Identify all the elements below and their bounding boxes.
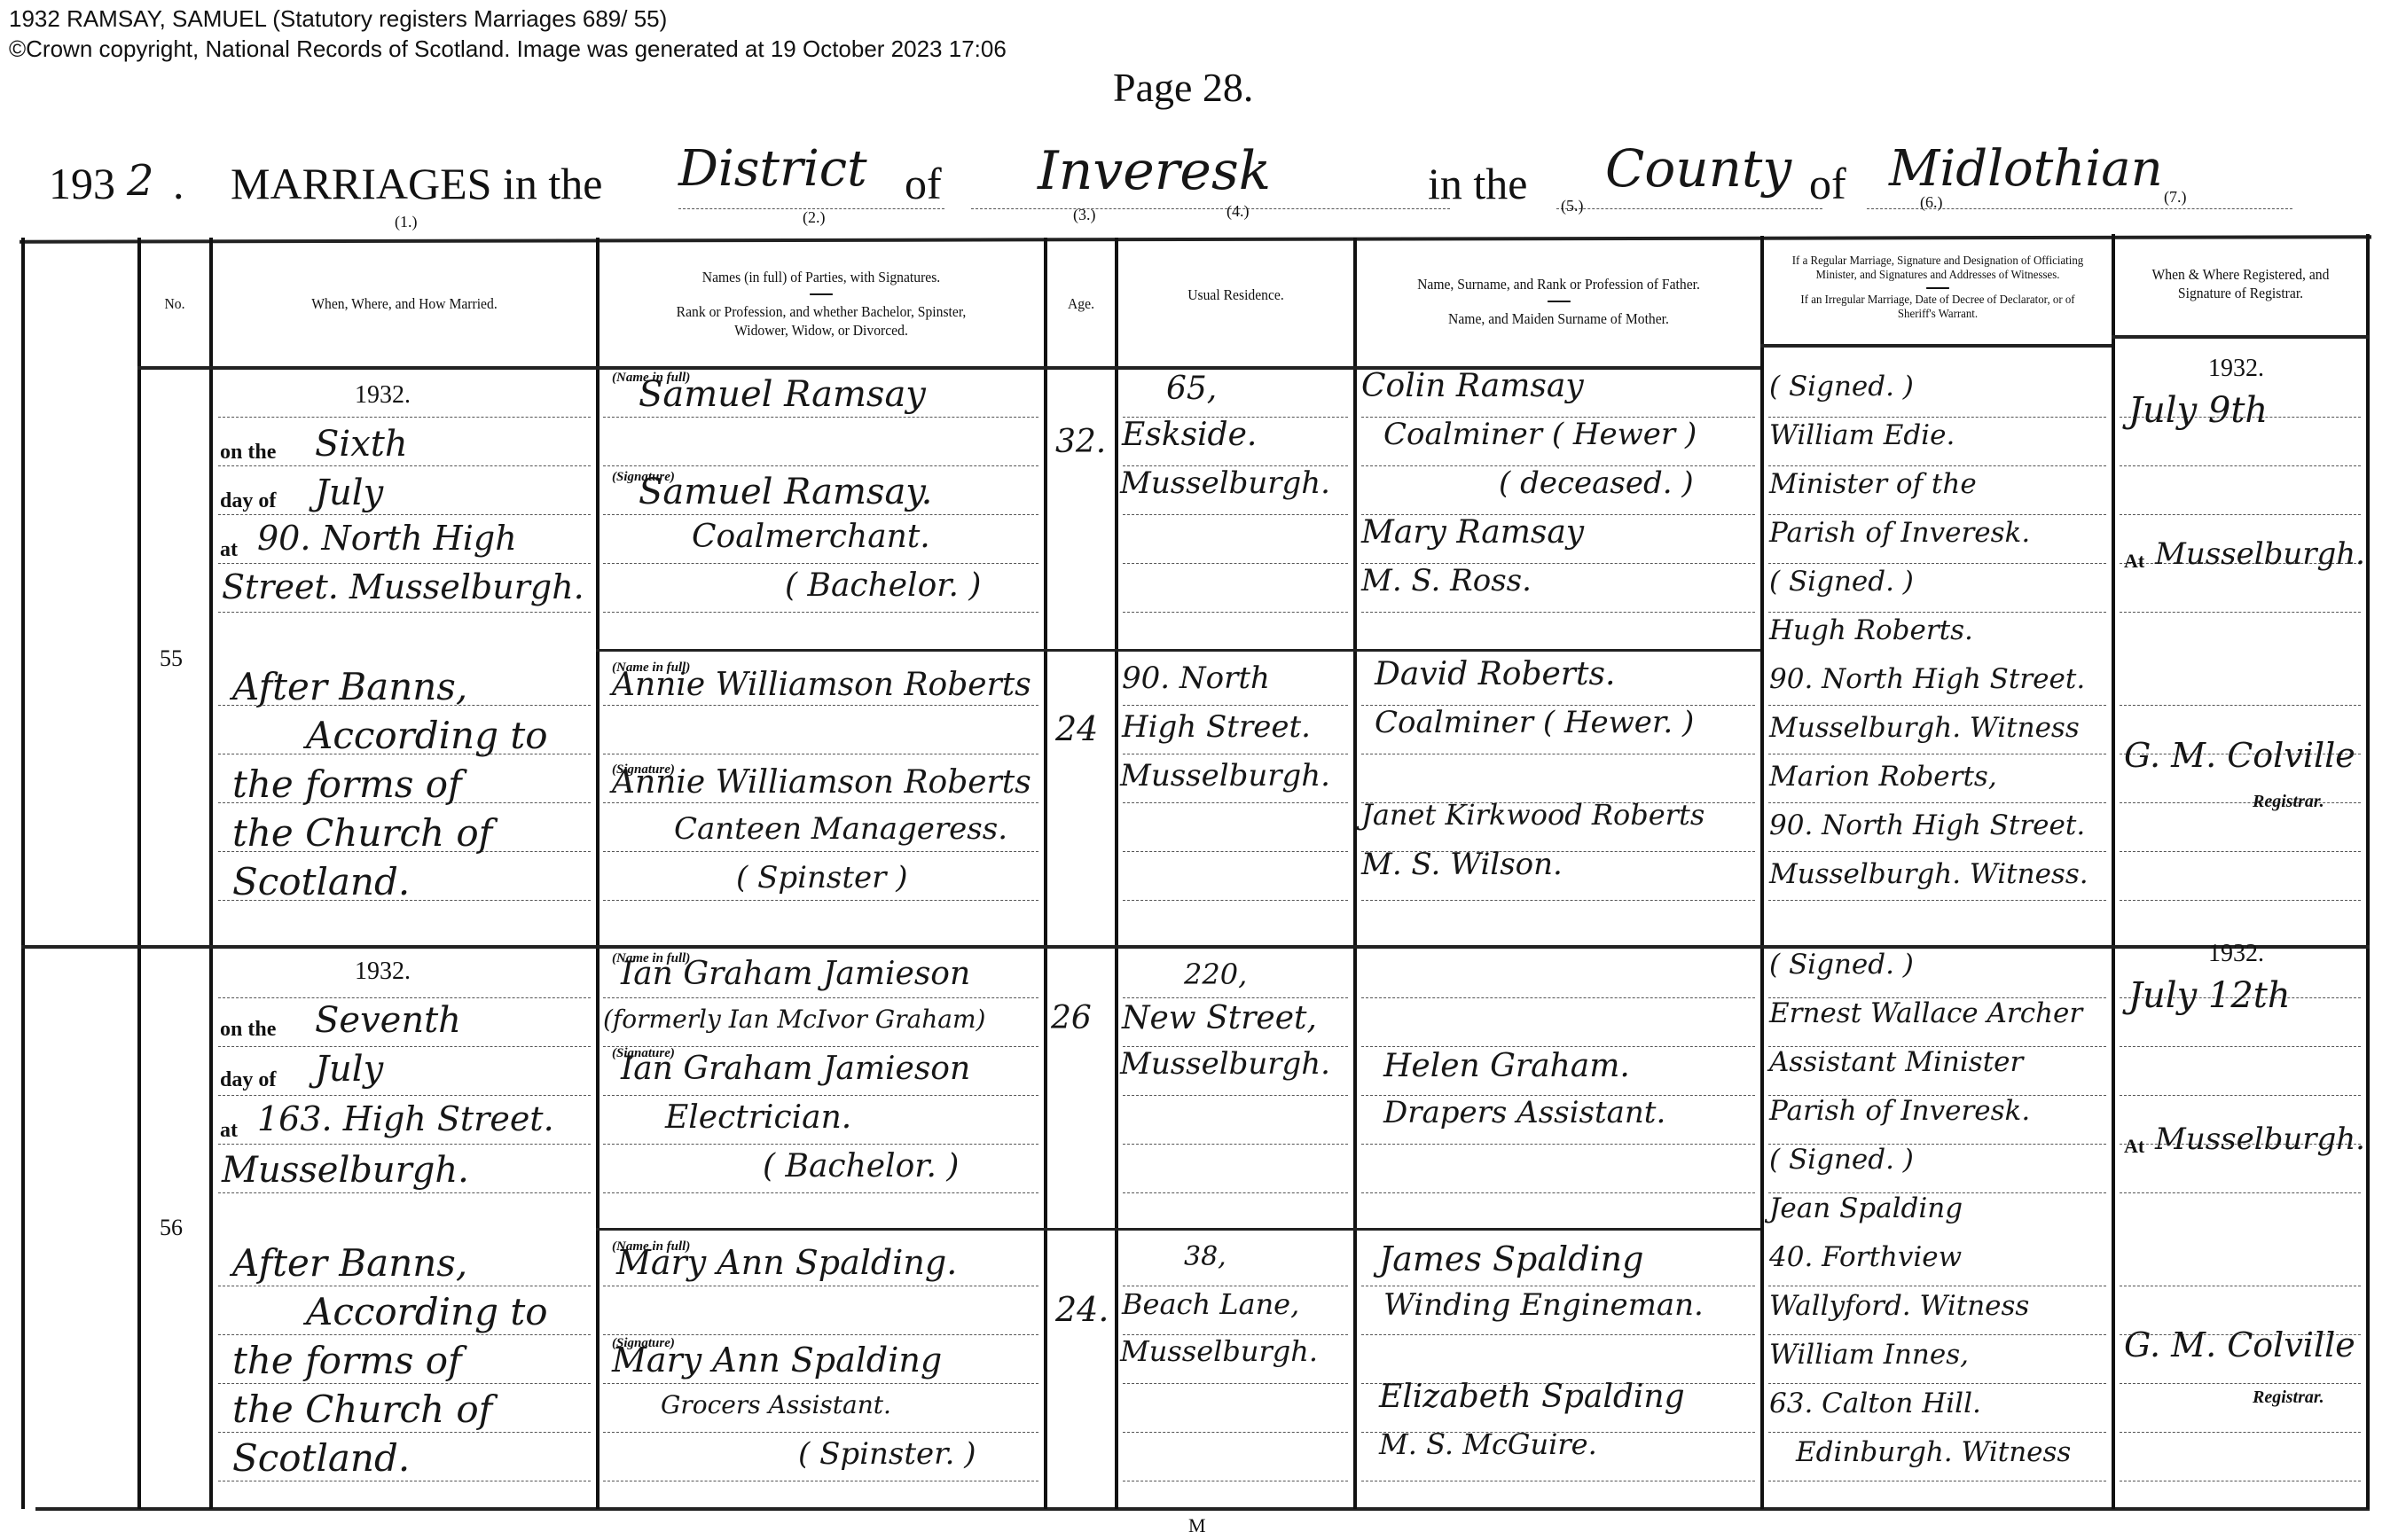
minister-line: Assistant Minister: [1769, 1046, 2023, 1078]
minister-line: ( Signed. ): [1769, 1144, 1914, 1176]
header-minister-top: If a Regular Marriage, Signature and Des…: [1778, 254, 2098, 283]
marriage-place-2: Street. Musselburgh.: [222, 567, 584, 606]
minister-line: Parish of Inveresk.: [1769, 1095, 2030, 1127]
how-married: the Church of: [232, 1388, 492, 1431]
groom-residence: 220,: [1184, 958, 1247, 991]
marriage-day: Seventh: [315, 1000, 461, 1041]
bride-mother-maiden: M. S. Wilson.: [1361, 847, 1563, 882]
label-at-registered: At: [2124, 1135, 2144, 1158]
bride-name: Annie Williamson Roberts: [612, 667, 1031, 703]
groom-rank: Electrician.: [665, 1099, 851, 1136]
marriage-place-2: Musselburgh.: [222, 1150, 469, 1191]
how-married: According to: [306, 714, 548, 757]
minister-line: Hugh Roberts.: [1769, 614, 1973, 646]
registrar-signature: G. M. Colville: [2124, 736, 2355, 775]
county-label: County: [1605, 138, 1791, 199]
header-names-bottom: Rank or Profession, and whether Bachelor…: [617, 302, 1025, 340]
header-mother: Name, and Maiden Surname of Mother.: [1448, 309, 1669, 328]
groom-residence: Eskside.: [1122, 417, 1257, 453]
label-registrar: Registrar.: [2253, 1388, 2324, 1408]
registered-place: Musselburgh.: [2155, 536, 2365, 572]
how-married: After Banns,: [232, 665, 467, 708]
minister-line: ( Signed. ): [1769, 566, 1914, 598]
header-no: No.: [143, 241, 207, 365]
bride-age: 24: [1055, 709, 1098, 748]
label-day-of: day of: [220, 1068, 276, 1092]
bride-mother-maiden: M. S. McGuire.: [1379, 1427, 1597, 1461]
registered-year: 1932.: [2208, 940, 2264, 968]
col-number-1: (1.): [395, 213, 418, 231]
marriage-place: 90. North High: [257, 519, 517, 558]
bride-rank: Canteen Manageress.: [674, 811, 1007, 847]
minister-line: 63. Calton Hill.: [1769, 1388, 1981, 1419]
bride-age: 24.: [1055, 1290, 1109, 1329]
bride-father: James Spalding: [1379, 1239, 1643, 1278]
groom-signature: Samuel Ramsay.: [639, 472, 932, 512]
bride-status: ( Spinster ): [736, 860, 907, 895]
minister-line: Edinburgh. Witness: [1796, 1436, 2071, 1468]
marriage-day: Sixth: [315, 424, 408, 465]
header-age: Age.: [1050, 241, 1112, 365]
of-label-1: of: [905, 158, 942, 209]
year-separator: .: [173, 158, 184, 209]
how-married: According to: [306, 1290, 548, 1333]
label-at-registered: At: [2124, 550, 2144, 573]
label-at: at: [220, 1119, 238, 1143]
col-number-2: (2.): [803, 208, 826, 227]
col-number-6: (6.): [1920, 193, 1943, 212]
district-name: Inveresk: [1038, 140, 1271, 202]
groom-father-note: ( deceased. ): [1499, 465, 1694, 501]
header-names: Names (in full) of Parties, with Signatu…: [617, 241, 1025, 365]
groom-name: Samuel Ramsay: [639, 374, 926, 415]
how-married: Scotland.: [232, 860, 410, 903]
bride-residence: Musselburgh.: [1120, 758, 1330, 793]
bride-father-rank: Winding Engineman.: [1383, 1287, 1704, 1323]
registered-year: 1932.: [2208, 355, 2264, 383]
bride-mother: Elizabeth Spalding: [1379, 1379, 1685, 1415]
how-married: the forms of: [232, 762, 462, 806]
how-married: the Church of: [232, 811, 492, 855]
header-minister: If a Regular Marriage, Signature and Des…: [1778, 232, 2098, 343]
bride-signature: Mary Ann Spalding: [612, 1341, 942, 1380]
groom-mother-maiden: M. S. Ross.: [1361, 563, 1532, 598]
minister-line: 90. North High Street.: [1769, 809, 2085, 841]
minister-line: Musselburgh. Witness: [1769, 712, 2080, 744]
groom-status: ( Bachelor. ): [785, 567, 981, 604]
copyright-notice: ©Crown copyright, National Records of Sc…: [9, 34, 1007, 64]
district-label: District: [678, 140, 867, 198]
bride-mother: Janet Kirkwood Roberts: [1361, 798, 1704, 832]
groom-mother-occupation: Drapers Assistant.: [1383, 1095, 1665, 1130]
minister-line: William Edie.: [1769, 419, 1955, 451]
bride-signature: Annie Williamson Roberts: [612, 764, 1031, 801]
col-number-7: (7.): [2164, 188, 2187, 207]
bride-father: David Roberts.: [1375, 656, 1615, 692]
bride-residence: High Street.: [1122, 709, 1311, 745]
groom-status: ( Bachelor. ): [763, 1148, 959, 1184]
groom-age: 26: [1051, 1000, 1092, 1036]
groom-mother: Mary Ramsay: [1361, 514, 1584, 551]
minister-line: Marion Roberts,: [1769, 761, 1997, 793]
bride-residence: Beach Lane,: [1122, 1287, 1299, 1321]
groom-residence: Musselburgh.: [1120, 1046, 1330, 1082]
minister-line: Minister of the: [1769, 468, 1977, 500]
header-minister-bottom: If an Irregular Marriage, Date of Decree…: [1778, 293, 2098, 322]
marriage-month: July: [315, 473, 383, 513]
how-married: Scotland.: [232, 1436, 410, 1480]
col-number-4: (4.): [1226, 202, 1250, 221]
bride-rank: Grocers Assistant.: [661, 1390, 891, 1419]
minister-line: Wallyford. Witness: [1769, 1290, 2029, 1322]
marriage-month: July: [315, 1049, 383, 1090]
label-on-the: on the: [220, 1018, 276, 1042]
header-parents: Name, Surname, and Rank or Profession of…: [1373, 239, 1744, 364]
header-registered: When & Where Registered, and Signature o…: [2125, 232, 2355, 334]
col-number-5: (5.): [1561, 197, 1584, 215]
minister-line: 40. Forthview: [1769, 1241, 1962, 1273]
groom-father-rank: Coalminer ( Hewer ): [1383, 417, 1697, 452]
groom-mother: Helen Graham.: [1383, 1048, 1630, 1084]
record-title: 1932 RAMSAY, SAMUEL (Statutory registers…: [9, 4, 667, 34]
minister-line: ( Signed. ): [1769, 371, 1914, 403]
year-handwritten: 2: [127, 156, 154, 206]
entry-number: 55: [160, 645, 183, 672]
groom-residence: Musselburgh.: [1120, 465, 1330, 501]
header-residence: Usual Residence.: [1128, 241, 1344, 348]
how-married: the forms of: [232, 1339, 462, 1382]
label-day-of: day of: [220, 489, 276, 513]
groom-name-note: (formerly Ian McIvor Graham): [603, 1005, 985, 1034]
minister-line: William Innes,: [1769, 1339, 1969, 1371]
bride-residence: Musselburgh.: [1120, 1334, 1318, 1368]
minister-line: 90. North High Street.: [1769, 663, 2085, 695]
col-number-3: (3.): [1073, 206, 1096, 224]
in-the-label: in the: [1428, 158, 1527, 209]
label-at: at: [220, 538, 238, 562]
groom-signature: Ian Graham Jamieson: [621, 1051, 970, 1087]
header-names-top: Names (in full) of Parties, with Signatu…: [702, 268, 940, 286]
bride-residence: 38,: [1184, 1241, 1226, 1272]
minister-line: Musselburgh. Witness.: [1769, 858, 2088, 890]
minister-line: Ernest Wallace Archer: [1769, 997, 2082, 1029]
groom-residence: New Street,: [1122, 1000, 1317, 1036]
bride-status: ( Spinster. ): [798, 1436, 976, 1472]
label-registrar: Registrar.: [2253, 792, 2324, 812]
page-number: Page 28.: [1113, 64, 1253, 111]
registered-date: July 9th: [2128, 390, 2268, 431]
year-printed: 193: [49, 158, 115, 209]
marriage-year: 1932.: [355, 958, 411, 986]
of-label-2: of: [1809, 158, 1846, 209]
entry-number: 56: [160, 1215, 183, 1241]
marriage-place: 163. High Street.: [257, 1099, 554, 1138]
header-father: Name, Surname, and Rank or Profession of…: [1392, 275, 1724, 293]
registrar-signature: G. M. Colville: [2124, 1325, 2355, 1364]
county-name: Midlothian: [1889, 140, 2163, 198]
footer-marker: M: [1188, 1514, 1206, 1537]
how-married: After Banns,: [232, 1241, 467, 1285]
groom-name: Ian Graham Jamieson: [621, 956, 970, 992]
registered-place: Musselburgh.: [2155, 1122, 2365, 1157]
minister-line: ( Signed. ): [1769, 949, 1914, 981]
registered-date: July 12th: [2128, 975, 2291, 1016]
bride-father-rank: Coalminer ( Hewer. ): [1375, 705, 1694, 740]
minister-line: Parish of Inveresk.: [1769, 517, 2030, 549]
marriage-year: 1932.: [355, 381, 411, 410]
groom-father: Colin Ramsay: [1361, 368, 1584, 404]
register-title: 193 2 . MARRIAGES in the District of Inv…: [49, 142, 2355, 213]
groom-rank: Coalmerchant.: [692, 519, 930, 555]
header-when-where: When, Where, and How Married.: [228, 241, 580, 365]
label-on-the: on the: [220, 441, 276, 465]
groom-residence: 65,: [1166, 371, 1217, 407]
bride-name: Mary Ann Spalding.: [616, 1243, 957, 1282]
minister-line: Jean Spalding: [1769, 1192, 1963, 1224]
bride-residence: 90. North: [1122, 661, 1270, 696]
groom-age: 32.: [1055, 424, 1106, 460]
title-marriages: MARRIAGES in the: [231, 158, 602, 209]
